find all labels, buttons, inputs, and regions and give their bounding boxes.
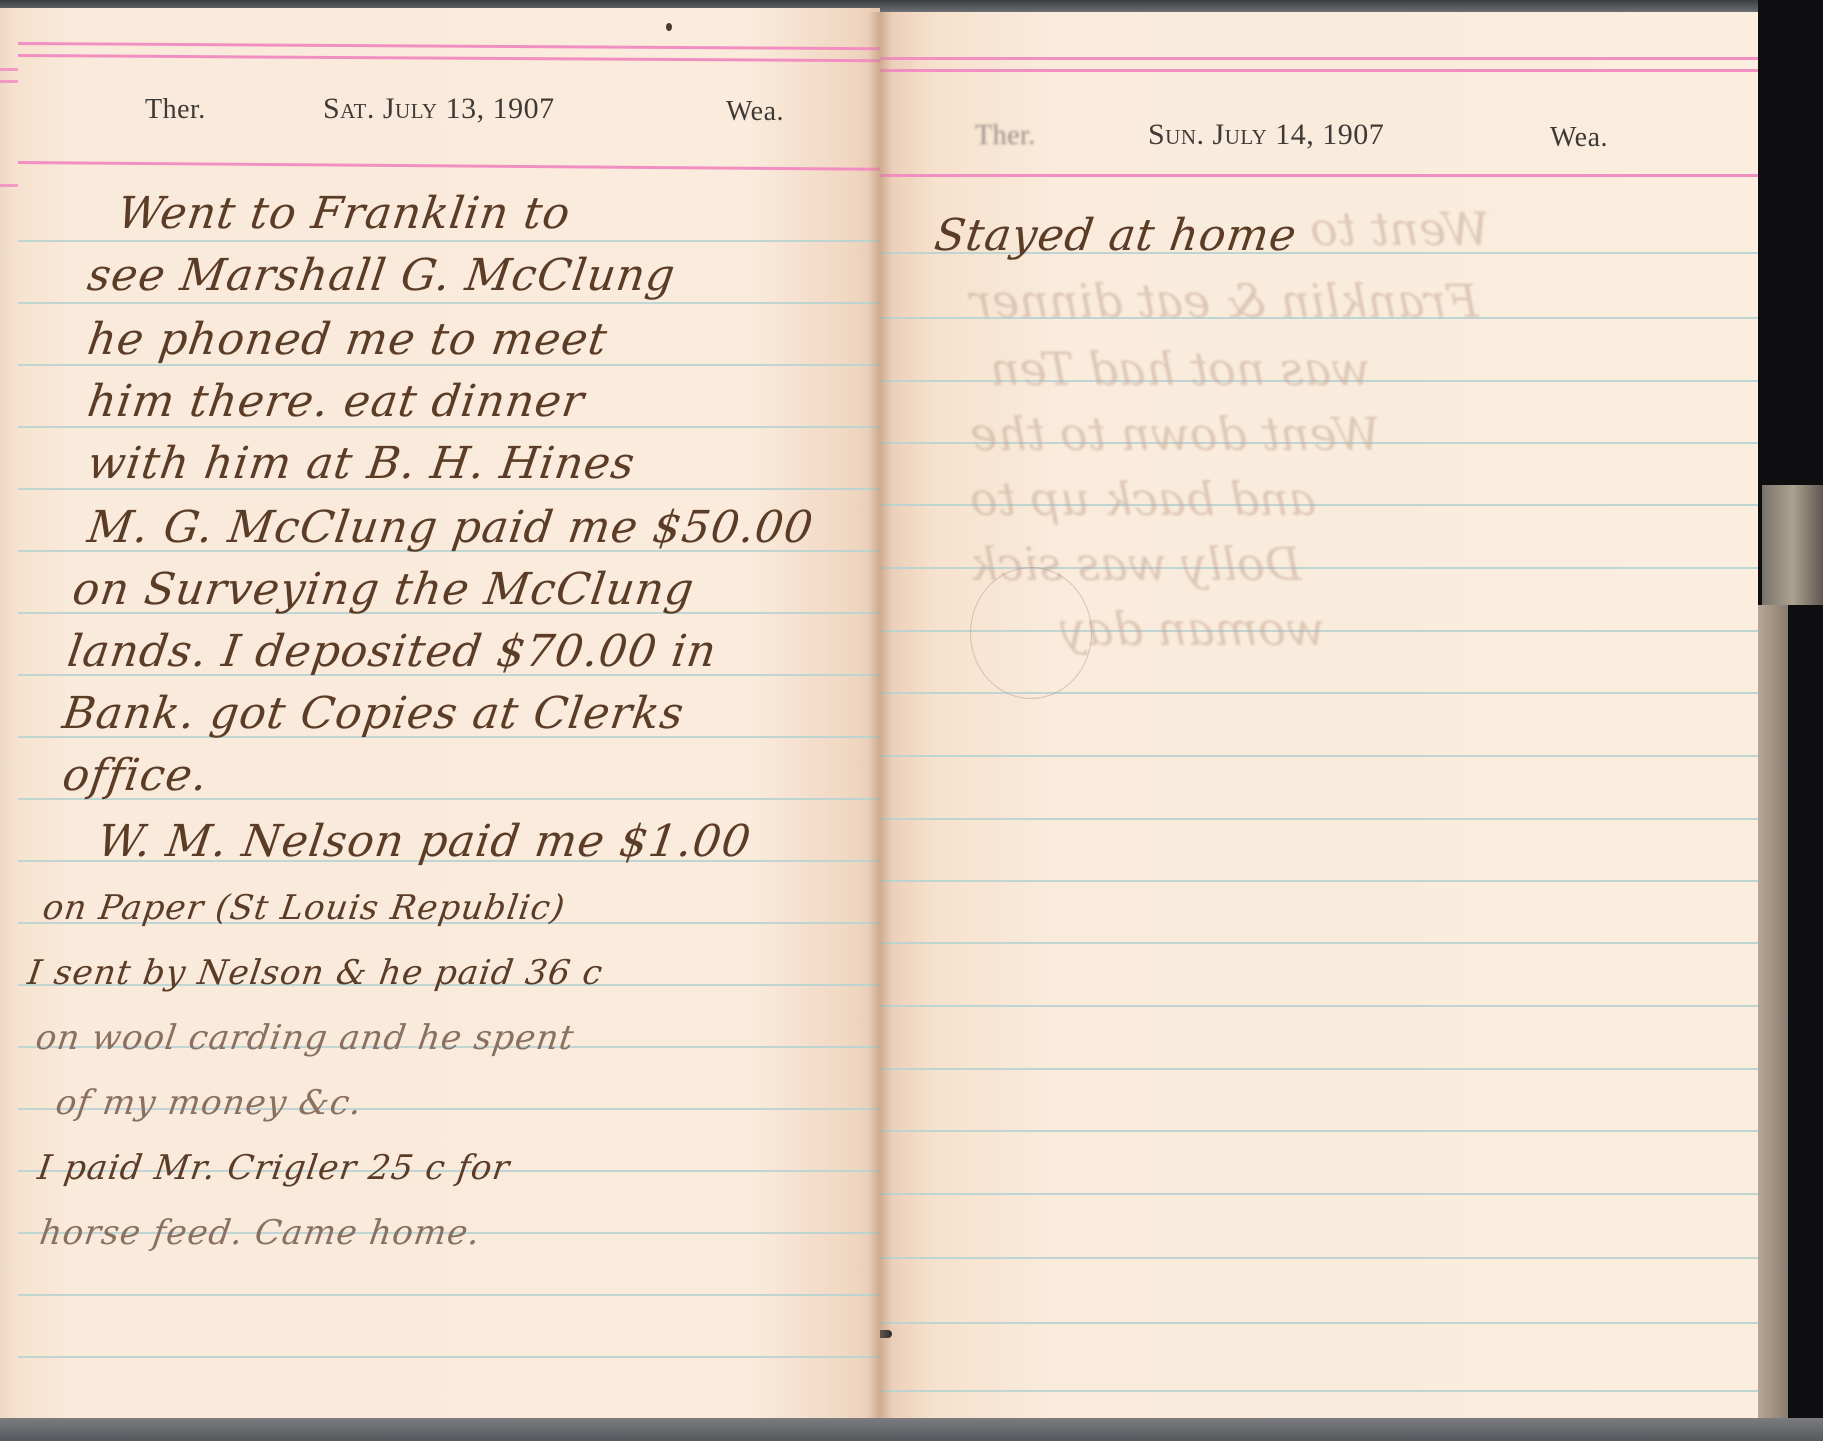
pink-rule-edge	[0, 68, 18, 71]
ruled-line	[880, 755, 1758, 757]
entry-line: see Marshall G. McClung	[84, 250, 678, 301]
ruled-line	[880, 942, 1758, 944]
ruled-line	[880, 1193, 1758, 1195]
pink-rule-edge	[0, 184, 18, 187]
ruled-line	[18, 240, 880, 242]
entry-line: M. G. McClung paid me $50.00	[84, 502, 816, 553]
weather-label: Wea.	[1550, 122, 1608, 154]
entry-line: on wool carding and he spent	[33, 1018, 577, 1058]
entry-line: lands. I deposited $70.00 in	[64, 626, 720, 677]
pink-rule-edge	[0, 80, 18, 83]
ribbon-band	[1762, 485, 1823, 605]
ruled-line	[880, 1068, 1758, 1070]
weather-label: Wea.	[726, 96, 784, 128]
entry-line: of my money &c.	[53, 1083, 365, 1123]
entry-line: office.	[59, 750, 211, 801]
book-spine	[868, 12, 892, 1418]
entry-line: I paid Mr. Crigler 25 c for	[35, 1148, 512, 1188]
page-stack-edge	[1758, 605, 1788, 1418]
header-rule-top	[18, 42, 880, 50]
entry-line: on Surveying the McClung	[69, 564, 697, 615]
entry-line: with him at B. H. Hines	[84, 438, 638, 489]
entry-line: he phoned me to meet	[84, 314, 610, 365]
header-rule-top	[880, 57, 1758, 60]
ruled-line	[880, 1390, 1758, 1392]
entry-line: Stayed at home	[931, 210, 1300, 261]
left-page-stack-edge	[0, 8, 18, 1418]
ruled-line	[18, 1294, 880, 1296]
page-date: Sat. July 13, 1907	[323, 92, 555, 126]
header-rule-bottom	[880, 174, 1758, 177]
left-page: Ther. Sat. July 13, 1907 Wea. Went to Fr…	[18, 8, 880, 1418]
stain-mark	[970, 567, 1092, 699]
page-date: Sun. July 14, 1907	[1148, 118, 1384, 152]
cover-bottom-edge	[0, 1418, 1823, 1441]
ruled-line	[18, 1356, 880, 1358]
ruled-line	[18, 302, 880, 304]
diary-photo: Ther. Sat. July 13, 1907 Wea. Went to Fr…	[0, 0, 1823, 1441]
entry-line: Bank. got Copies at Clerks	[59, 688, 687, 739]
entry-line: horse feed. Came home.	[37, 1213, 483, 1253]
entry-line: him there. eat dinner	[84, 376, 587, 427]
ruled-line	[880, 1322, 1758, 1324]
right-page: Ther. Sun. July 14, 1907 Wea. Went to Fr…	[880, 12, 1758, 1422]
header-rule-top-second	[880, 69, 1758, 72]
entry-line: Went to Franklin to	[114, 188, 573, 239]
ruled-line	[880, 818, 1758, 820]
thermometer-label: Ther.	[975, 120, 1036, 152]
ruled-line	[880, 880, 1758, 882]
ruled-line	[880, 1005, 1758, 1007]
thermometer-label: Ther.	[145, 94, 206, 126]
ruled-line	[880, 1130, 1758, 1132]
ink-spot	[666, 23, 672, 31]
entry-line: on Paper (St Louis Republic)	[40, 888, 568, 928]
entry-line: I sent by Nelson & he paid 36 c	[25, 953, 605, 993]
header-rule-top-second	[18, 54, 880, 62]
header-rule-bottom	[18, 161, 880, 171]
ruled-line	[880, 1257, 1758, 1259]
entry-line: W. M. Nelson paid me $1.00	[94, 816, 754, 867]
